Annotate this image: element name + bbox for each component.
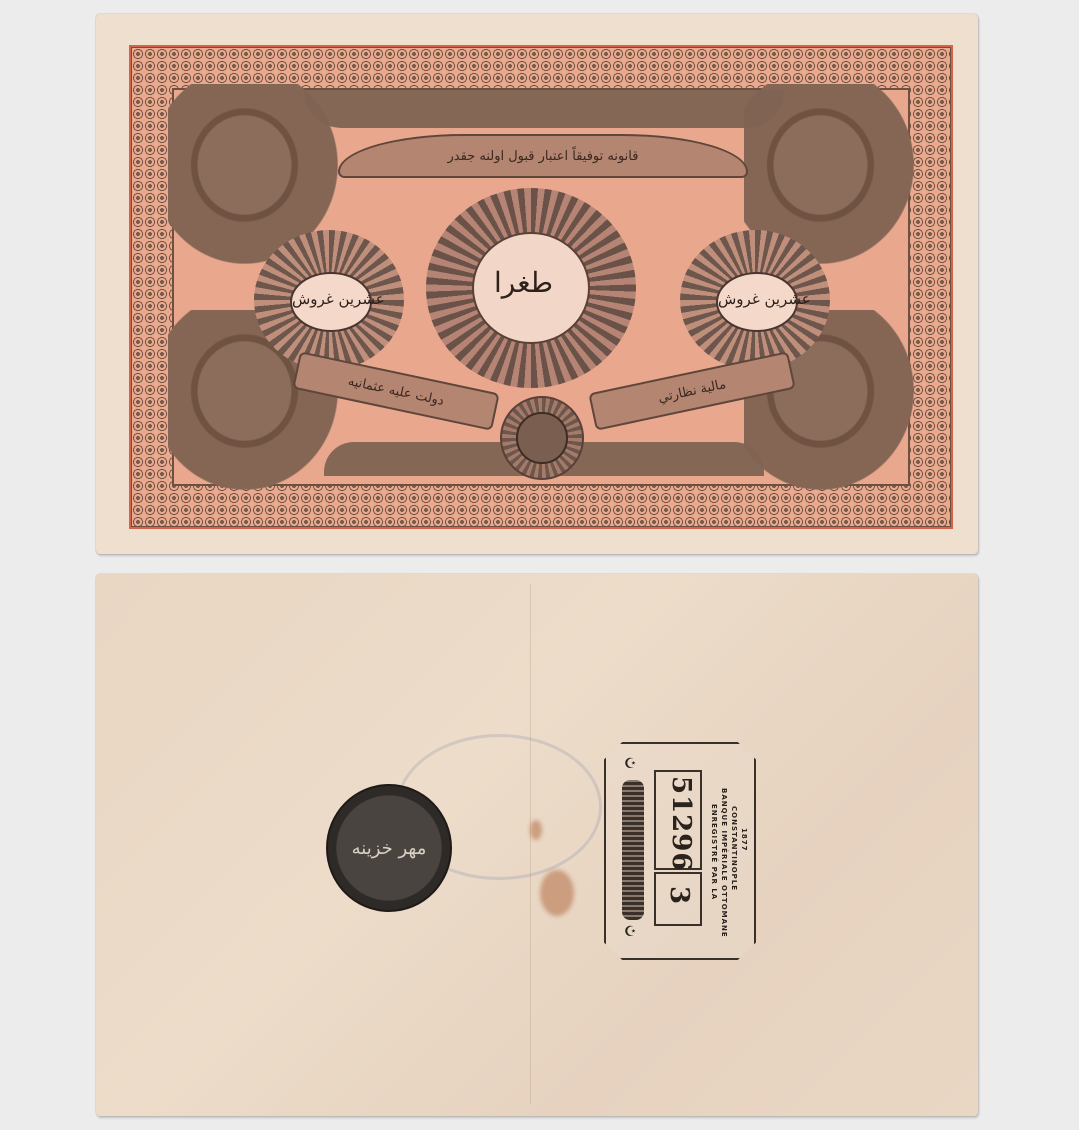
ornamental-field: قانونه توفيقاً اعتبار قبول اولنه جقدر عش…: [172, 88, 910, 486]
bottom-medallion: [500, 396, 584, 480]
stain-small: [530, 820, 542, 840]
banknote-back: مهر خزينه ☪ ☪ 51296 3 ENREGISTRÉ PAR LA …: [96, 574, 978, 1116]
seal-text: مهر خزينه: [352, 838, 427, 859]
serial-number-box: 51296: [654, 770, 702, 870]
stain-large: [540, 870, 574, 916]
series-box: 3: [654, 872, 702, 926]
tughra-monogram: طغرا: [494, 266, 553, 299]
top-banner-text: قانونه توفيقاً اعتبار قبول اولنه جقدر: [448, 149, 639, 164]
registration-line-3: CONSTANTINOPLE: [730, 806, 738, 891]
registration-line-1: ENREGISTRÉ PAR LA: [710, 804, 718, 900]
left-oval-text: عشرين غروش: [292, 290, 385, 308]
top-banner: قانونه توفيقاً اعتبار قبول اولنه جقدر: [338, 134, 748, 178]
registration-stamp: ☪ ☪ 51296 3 ENREGISTRÉ PAR LA BANQUE IMP…: [604, 742, 756, 960]
right-lower-banner-text: مالية نظارتي: [657, 377, 728, 406]
top-scroll-ornament: [304, 90, 784, 128]
left-lower-banner-text: دولت عليه عثمانيه: [347, 374, 446, 409]
registration-line-2: BANQUE IMPÉRIALE OTTOMANE: [720, 788, 728, 938]
registration-year: 1877: [740, 828, 748, 851]
right-oval-text: عشرين غروش: [718, 290, 811, 308]
serial-number: 51296: [666, 776, 696, 871]
series-number: 3: [664, 886, 694, 905]
calligraphy-strip: [622, 780, 644, 920]
crescent-star-icon-top: ☪: [624, 756, 637, 772]
crescent-star-icon-bottom: ☪: [624, 924, 637, 940]
treasury-seal: مهر خزينه: [326, 784, 452, 912]
banknote-front: قانونه توفيقاً اعتبار قبول اولنه جقدر عش…: [96, 14, 978, 554]
